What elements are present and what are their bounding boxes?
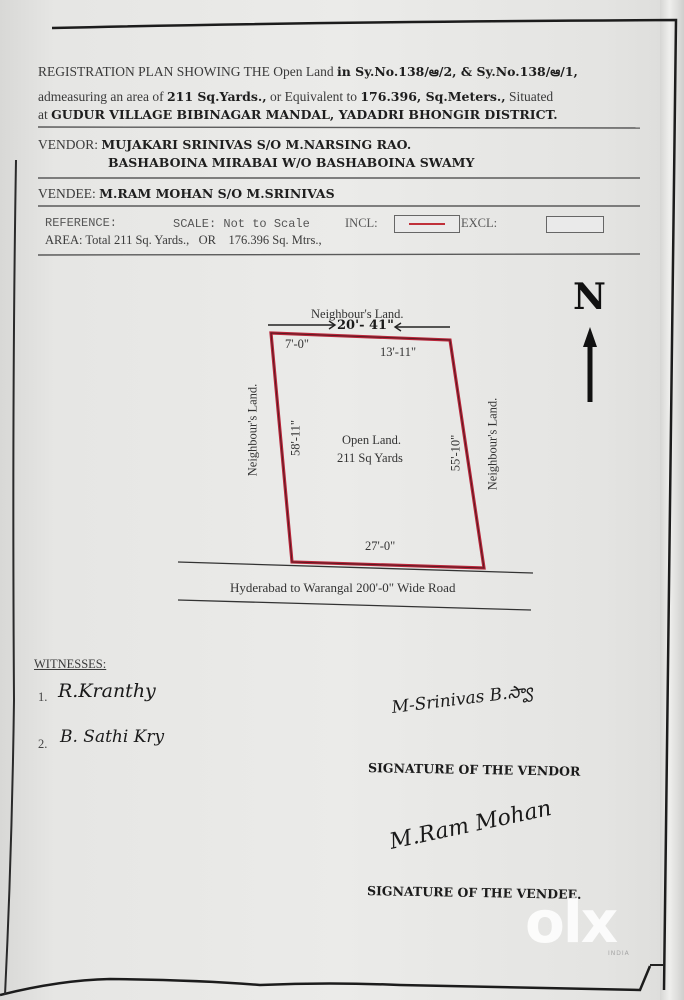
- road-label: Hyderabad to Warangal 200'-0" Wide Road: [230, 580, 455, 596]
- right-neighbour-label: Neighbour's Land.: [486, 398, 501, 491]
- plot-area-label: 211 Sq Yards: [337, 451, 403, 466]
- witness-1-signature: R.Kranthy: [58, 680, 156, 702]
- olx-watermark: olx: [525, 893, 616, 951]
- top-left-segment: 7'-0": [285, 337, 309, 352]
- top-total-dimension: 20'- 41": [337, 318, 394, 333]
- witness-1-number: 1.: [38, 690, 47, 705]
- top-right-segment: 13'-11": [380, 345, 416, 360]
- witness-2-number: 2.: [38, 737, 47, 752]
- witness-2-signature: B. Sathi Kry: [60, 727, 164, 747]
- plot-plan: [0, 0, 684, 1000]
- bottom-side-dimension: 27'-0": [365, 539, 395, 554]
- olx-watermark-sub: INDIA: [608, 950, 630, 957]
- left-side-dimension: 58'-11": [289, 420, 304, 456]
- plot-label: Open Land.: [342, 433, 401, 448]
- right-side-dimension: 55'-10": [449, 435, 464, 472]
- left-neighbour-label: Neighbour's Land.: [246, 384, 261, 477]
- witnesses-title: WITNESSES:: [34, 657, 106, 672]
